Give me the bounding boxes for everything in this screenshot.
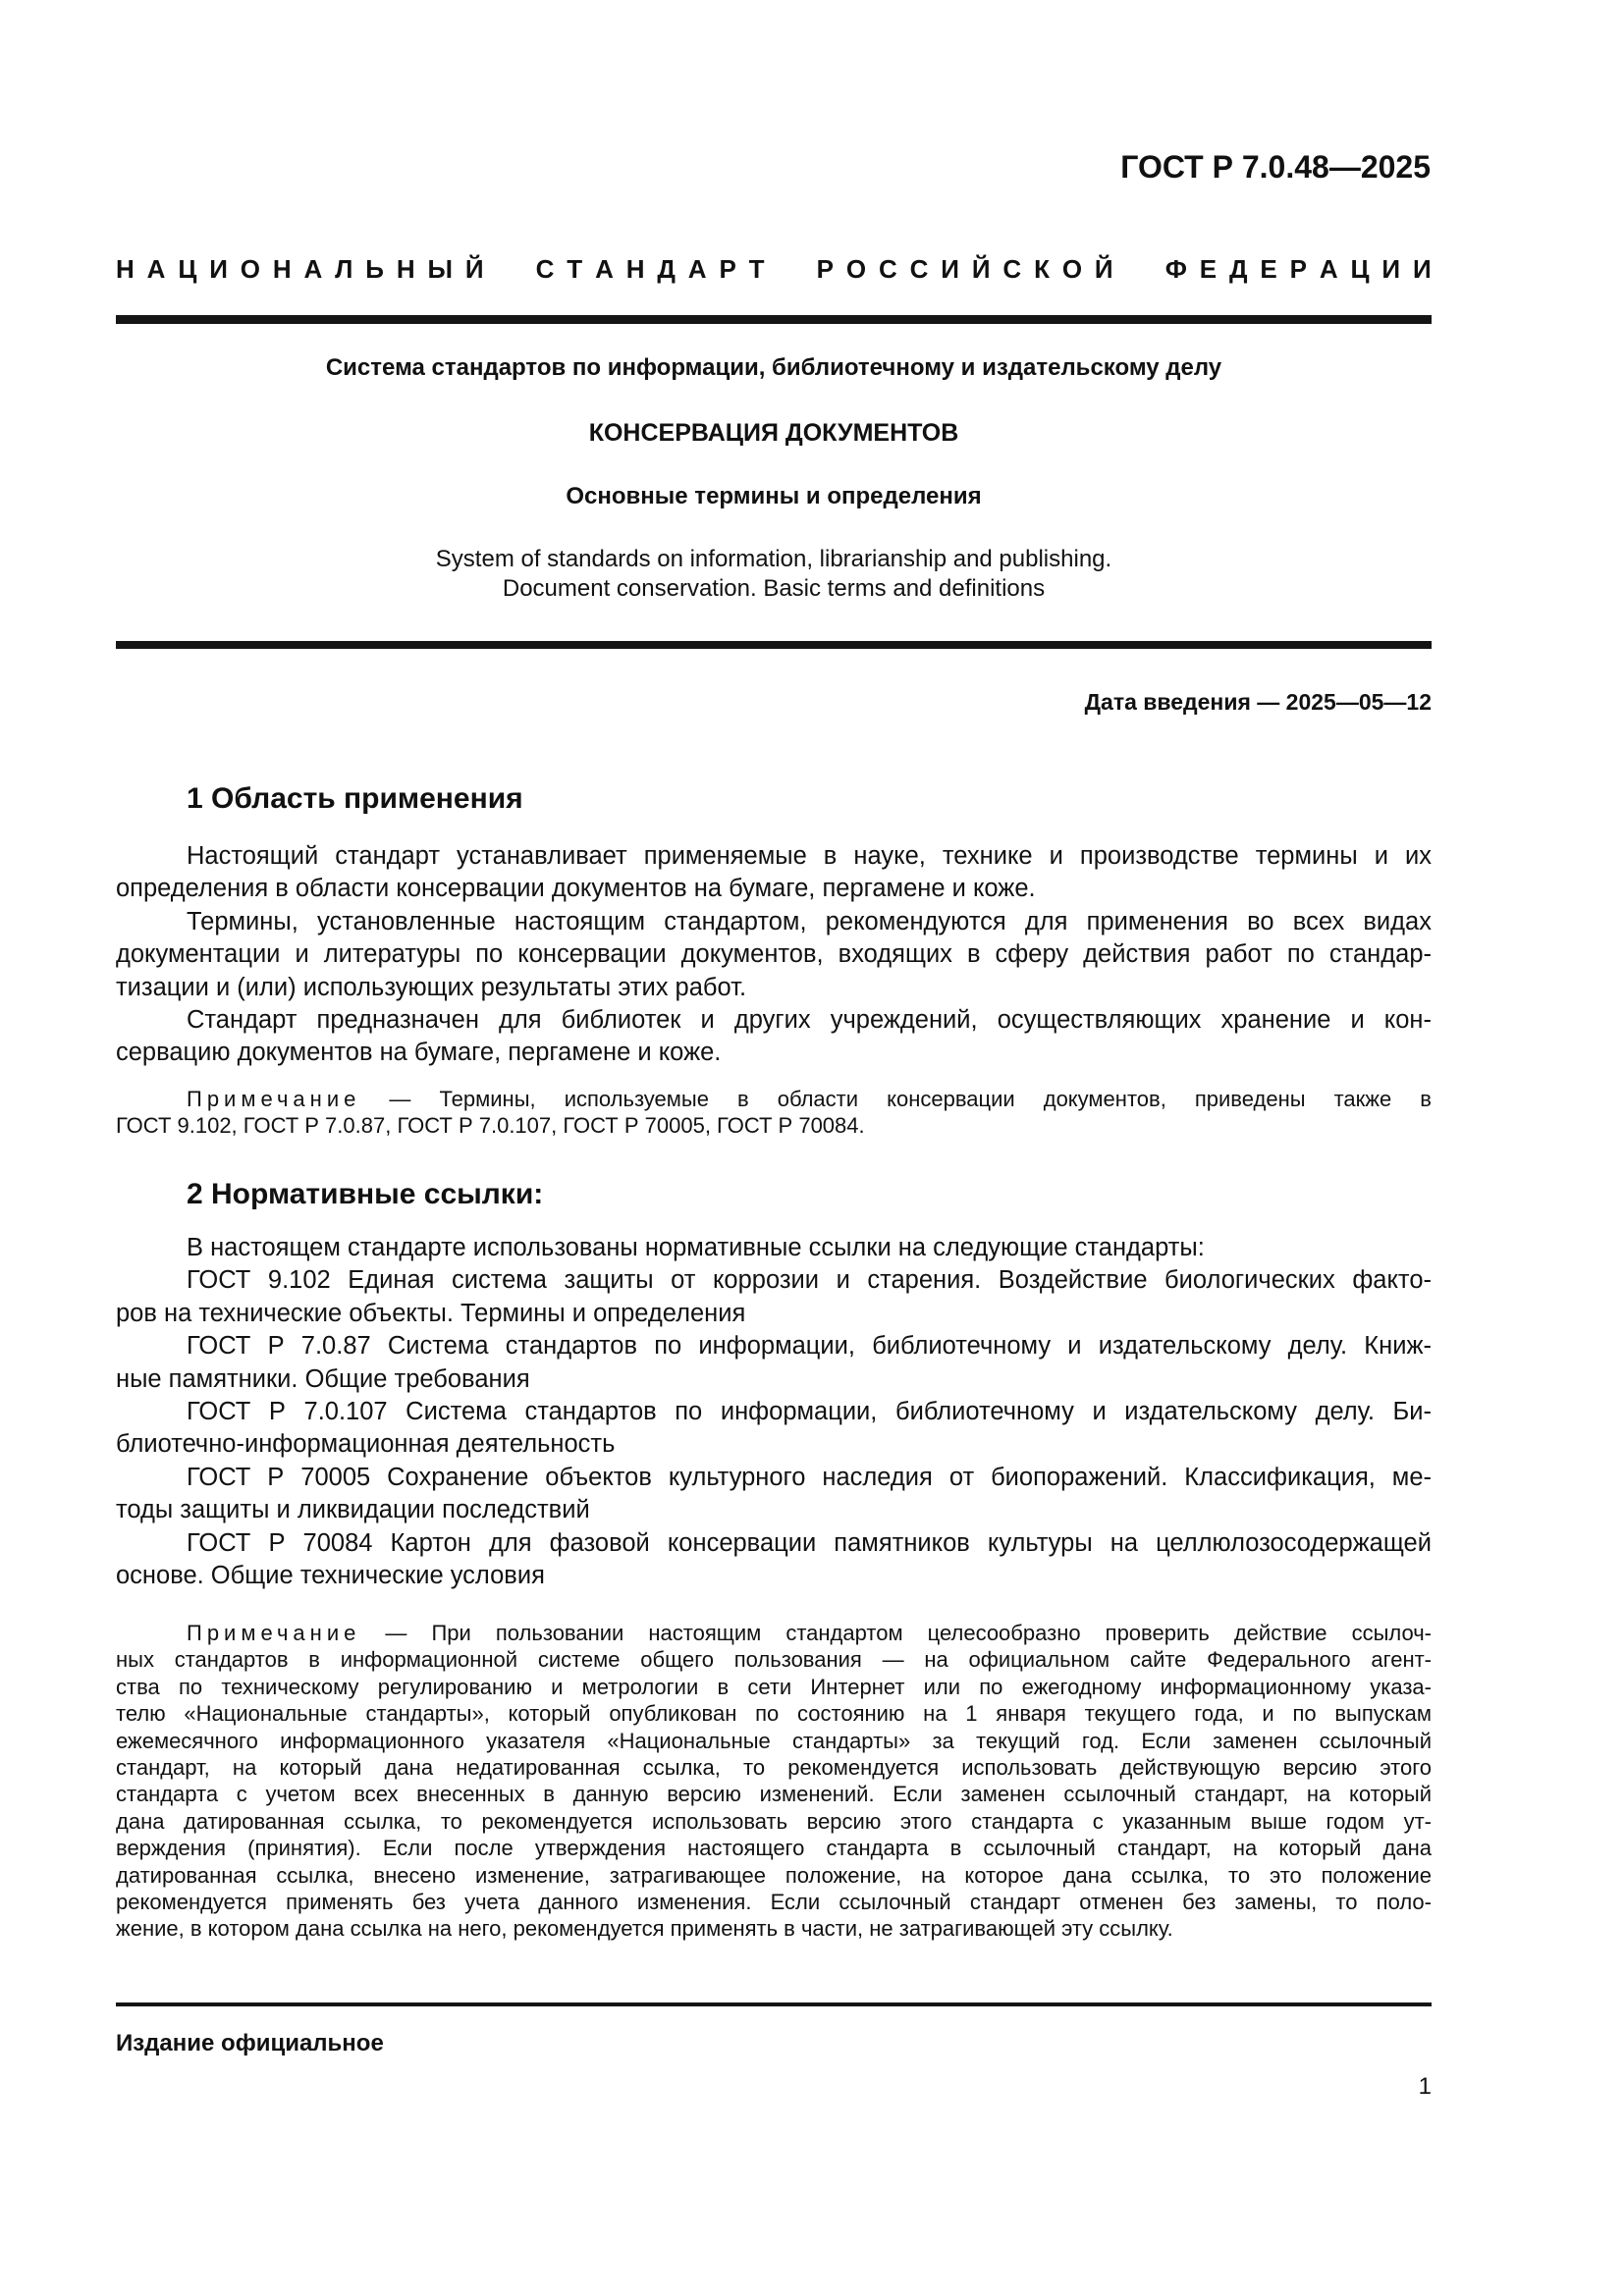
banner-letter: Т: [567, 253, 582, 285]
note-line: Примечание — При пользовании настоящим с…: [116, 1620, 1432, 1646]
note-line: верждения (принятия). Если после утвержд…: [116, 1835, 1432, 1861]
paragraph-line: документации и литературы по консервации…: [116, 938, 1432, 971]
banner-letter: Д: [657, 253, 676, 285]
banner-letter: С: [1002, 253, 1021, 285]
subtitle: Основные термины и определения: [116, 482, 1432, 511]
paragraph-line: В настоящем стандарте использованы норма…: [116, 1232, 1432, 1264]
banner-letter: Е: [1200, 253, 1217, 285]
section-2-heading: 2 Нормативные ссылки:: [116, 1177, 1502, 1212]
note-line: ежемесячного информационного указателя «…: [116, 1728, 1432, 1754]
footer-rule: [116, 2002, 1432, 2006]
paragraph-line: тоды защиты и ликвидации последствий: [116, 1494, 1432, 1526]
paragraph: ГОСТ Р 7.0.107 Система стандартов по инф…: [116, 1396, 1432, 1462]
paragraph: Настоящий стандарт устанавливает применя…: [116, 840, 1432, 906]
note-line: датированная ссылка, внесено изменение, …: [116, 1862, 1432, 1889]
paragraph-line: Стандарт предназначен для библиотек и др…: [116, 1004, 1432, 1037]
paragraph: ГОСТ Р 70084 Картон для фазовой консерва…: [116, 1527, 1432, 1593]
paragraph: ГОСТ Р 70005 Сохранение объектов культур…: [116, 1462, 1432, 1527]
paragraph-line: ГОСТ 9.102 Единая система защиты от корр…: [116, 1264, 1432, 1297]
english-title-line-2: Document conservation. Basic terms and d…: [116, 574, 1432, 604]
note-line: ных стандартов в информационной системе …: [116, 1646, 1432, 1673]
note-line: рекомендуется применять без учета данног…: [116, 1889, 1432, 1915]
paragraph-line: ров на технические объекты. Термины и оп…: [116, 1298, 1432, 1330]
paragraph: ГОСТ 9.102 Единая система защиты от корр…: [116, 1264, 1432, 1330]
section-2-note: Примечание — При пользовании настоящим с…: [116, 1620, 1432, 1943]
banner-letter: Н: [116, 253, 135, 285]
section-1-note: Примечание — Термины, используемые в обл…: [116, 1086, 1432, 1140]
banner-letter: С: [879, 253, 897, 285]
paragraph-line: ГОСТ Р 70084 Картон для фазовой консерва…: [116, 1527, 1432, 1560]
banner-letter: С: [536, 253, 555, 285]
banner-letter: Р: [817, 253, 834, 285]
banner-letter: И: [1381, 253, 1400, 285]
banner-letter: Л: [335, 253, 352, 285]
paragraph: ГОСТ Р 7.0.87 Система стандартов по инфо…: [116, 1330, 1432, 1396]
paragraph-line: Термины, установленные настоящим стандар…: [116, 906, 1432, 938]
banner-letter: Ц: [1351, 253, 1370, 285]
banner-gap: [496, 253, 503, 285]
banner-letter: О: [846, 253, 866, 285]
english-title: System of standards on information, libr…: [116, 545, 1432, 604]
document-code: ГОСТ Р 7.0.48—2025: [1120, 147, 1431, 187]
national-standard-banner: НАЦИОНАЛЬНЫЙ СТАНДАРТ РОССИЙСКОЙ ФЕДЕРАЦ…: [116, 253, 1432, 285]
banner-letter: Ф: [1165, 253, 1187, 285]
banner-letter: Д: [1229, 253, 1248, 285]
paragraph-line: Настоящий стандарт устанавливает применя…: [116, 840, 1432, 873]
paragraph-line: ные памятники. Общие требования: [116, 1363, 1432, 1396]
paragraph-line: сервацию документов на бумаге, пергамене…: [116, 1037, 1432, 1069]
banner-letter: Р: [719, 253, 735, 285]
banner-letter: Н: [626, 253, 645, 285]
edition-label: Издание официальное: [116, 2029, 384, 2058]
banner-letter: Н: [273, 253, 292, 285]
note-line: стандарта с учетом всех внесенных в данн…: [116, 1781, 1432, 1807]
paragraph-line: тизации и (или) использующих результаты …: [116, 972, 1432, 1004]
banner-letter: И: [1413, 253, 1432, 285]
section-1-body: Настоящий стандарт устанавливает применя…: [116, 840, 1432, 1070]
introduction-date: Дата введения — 2025—05—12: [1085, 687, 1432, 717]
banner-letter: Ы: [428, 253, 453, 285]
banner-gap: [516, 253, 523, 285]
paragraph-line: основе. Общие технические условия: [116, 1560, 1432, 1592]
banner-letter: К: [1034, 253, 1050, 285]
banner-letter: Й: [1095, 253, 1113, 285]
banner-letter: Й: [972, 253, 991, 285]
note-line: ГОСТ 9.102, ГОСТ Р 7.0.87, ГОСТ Р 7.0.10…: [116, 1112, 1432, 1139]
paragraph-line: ГОСТ Р 7.0.107 Система стандартов по инф…: [116, 1396, 1432, 1428]
page-number: 1: [1419, 2072, 1432, 2102]
main-title: КОНСЕРВАЦИЯ ДОКУМЕНТОВ: [116, 418, 1432, 448]
paragraph-line: определения в области консервации докуме…: [116, 873, 1432, 905]
paragraph-line: блиотечно-информационная деятельность: [116, 1428, 1432, 1461]
banner-gap: [777, 253, 784, 285]
note-line: дана датированная ссылка, то рекомендует…: [116, 1808, 1432, 1835]
banner-letter: Т: [749, 253, 765, 285]
banner-letter: И: [941, 253, 959, 285]
banner-letter: Й: [465, 253, 484, 285]
banner-letter: А: [147, 253, 166, 285]
banner-gap: [1146, 253, 1153, 285]
banner-letter: А: [1320, 253, 1338, 285]
note-line: телю «Национальные стандарты», который о…: [116, 1700, 1432, 1727]
banner-letter: Н: [397, 253, 415, 285]
banner-letter: С: [910, 253, 929, 285]
english-title-line-1: System of standards on information, libr…: [116, 545, 1432, 574]
note-line: ства по техническому регулированию и мет…: [116, 1674, 1432, 1700]
top-rule: [116, 315, 1432, 324]
note-label: Примечание: [187, 1621, 360, 1645]
note-line: Примечание — Термины, используемые в обл…: [116, 1086, 1432, 1112]
banner-gap: [1125, 253, 1132, 285]
note-label: Примечание: [187, 1087, 360, 1111]
series-title: Система стандартов по информации, библио…: [116, 353, 1432, 383]
paragraph-line: ГОСТ Р 7.0.87 Система стандартов по инфо…: [116, 1330, 1432, 1362]
note-line: стандарт, на который дана недатированная…: [116, 1754, 1432, 1781]
paragraph-line: ГОСТ Р 70005 Сохранение объектов культур…: [116, 1462, 1432, 1494]
banner-letter: Р: [1290, 253, 1307, 285]
banner-letter: А: [595, 253, 614, 285]
banner-letter: Ь: [365, 253, 384, 285]
banner-letter: О: [1062, 253, 1082, 285]
banner-letter: Ц: [178, 253, 196, 285]
title-bottom-rule: [116, 641, 1432, 649]
banner-letter: А: [304, 253, 323, 285]
banner-letter: А: [688, 253, 707, 285]
section-2-body: В настоящем стандарте использованы норма…: [116, 1232, 1432, 1592]
banner-gap: [797, 253, 804, 285]
paragraph: В настоящем стандарте использованы норма…: [116, 1232, 1432, 1264]
note-line: жение, в котором дана ссылка на него, ре…: [116, 1915, 1432, 1942]
banner-letter: Е: [1260, 253, 1276, 285]
paragraph: Стандарт предназначен для библиотек и др…: [116, 1004, 1432, 1070]
banner-letter: О: [241, 253, 260, 285]
paragraph: Термины, установленные настоящим стандар…: [116, 906, 1432, 1004]
section-1-heading: 1 Область применения: [116, 781, 1502, 817]
banner-letter: И: [209, 253, 228, 285]
